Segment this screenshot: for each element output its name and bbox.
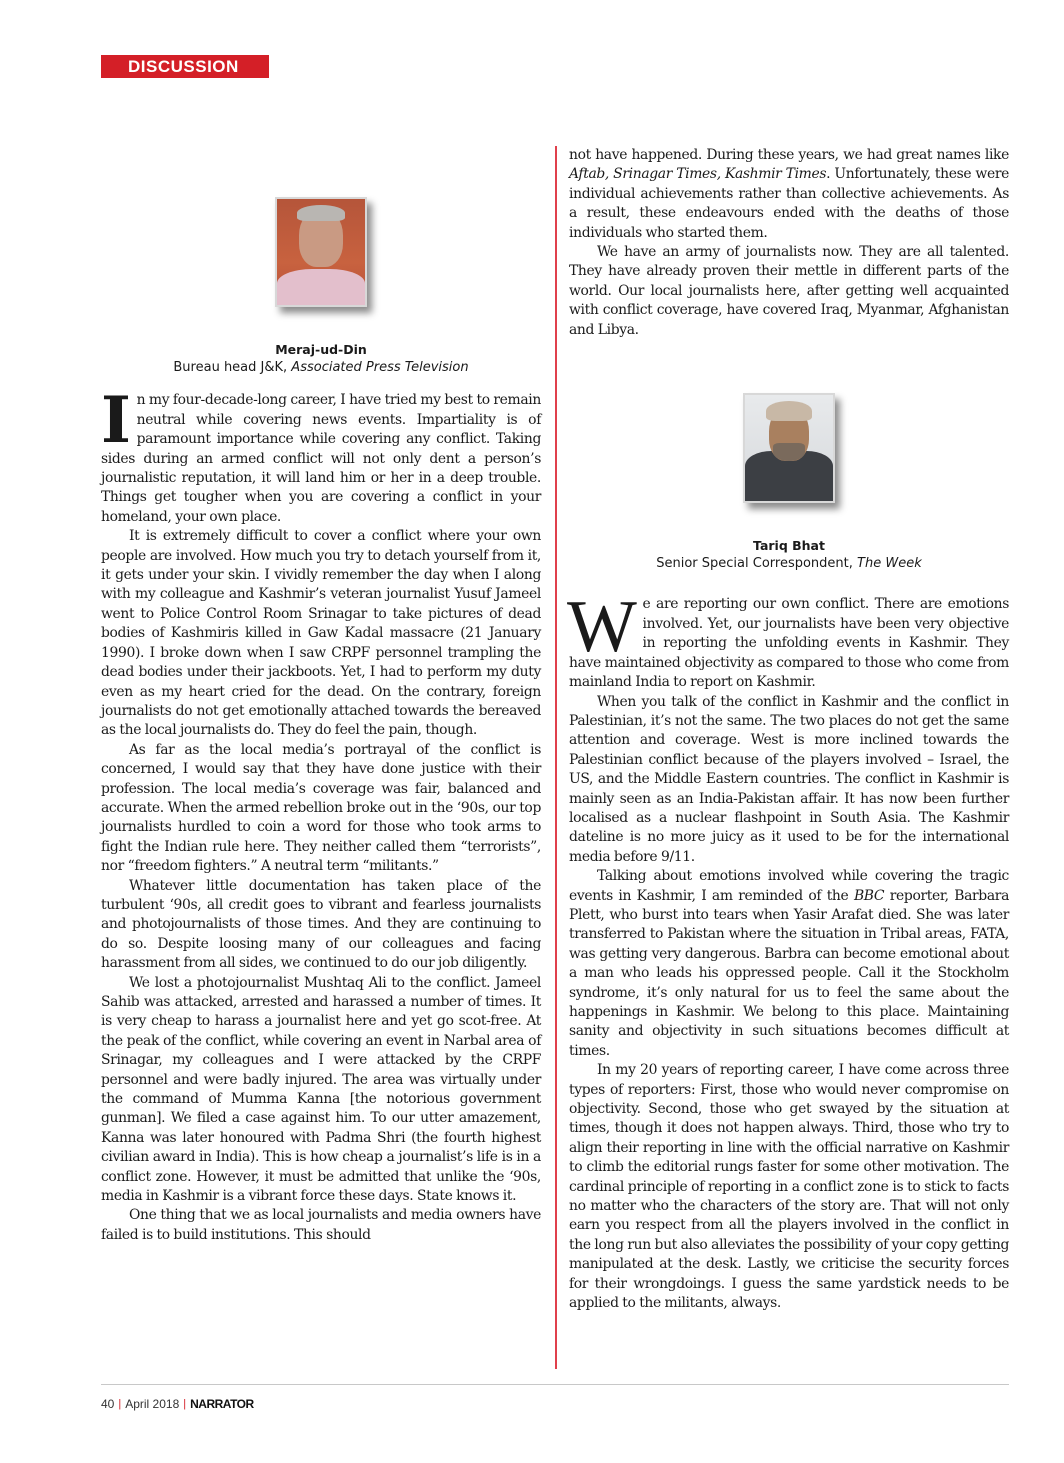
article2-paragraph: When you talk of the conflict in Kashmir… — [569, 693, 1009, 868]
author-photo-frame — [275, 197, 367, 307]
article1-paragraph: Whatever little documentation has taken … — [101, 877, 541, 974]
article1-paragraph: We lost a photojournalist Mushtaq Ali to… — [101, 974, 541, 1207]
article1-paragraph: In my four-decade-long career, I have tr… — [101, 391, 541, 527]
profile-meraj-ud-din: Meraj-ud-Din Bureau head J&K, Associated… — [101, 197, 541, 377]
article1-paragraph: It is extremely difficult to cover a con… — [101, 527, 541, 740]
author-photo — [277, 199, 365, 305]
author-photo — [745, 395, 833, 501]
article1-paragraph: One thing that we as local journalists a… — [101, 1206, 541, 1245]
brand-logo: NARRATOR — [190, 1397, 254, 1411]
column-divider — [555, 146, 557, 1369]
page-number: 40 — [101, 1397, 114, 1411]
right-column: not have happened. During these years, w… — [569, 146, 1009, 1314]
article1-paragraph: We have an army of journalists now. They… — [569, 243, 1009, 340]
bbc-name: BBC — [854, 888, 884, 904]
publication-names: Aftab, Srinagar Times, Kashmir Times — [569, 166, 826, 182]
article2-paragraph: In my 20 years of reporting career, I ha… — [569, 1061, 1009, 1313]
article2-paragraph: We are reporting our own conflict. There… — [569, 595, 1009, 692]
author-photo-frame — [743, 393, 835, 503]
profile-tariq-bhat: Tariq Bhat Senior Special Correspondent,… — [569, 393, 1009, 573]
article1-paragraph-continued: not have happened. During these years, w… — [569, 146, 1009, 243]
author-name: Meraj-ud-Din — [101, 341, 541, 359]
issue-date: April 2018 — [125, 1397, 179, 1411]
article1-paragraph: As far as the local media’s portrayal of… — [101, 741, 541, 877]
footer-separator: | — [118, 1398, 121, 1410]
author-organization: The Week — [857, 556, 922, 571]
page-footer: 40 | April 2018 | NARRATOR — [101, 1397, 254, 1411]
drop-cap: W — [567, 599, 637, 655]
article2-paragraph: Talking about emotions involved while co… — [569, 867, 1009, 1061]
author-name: Tariq Bhat — [569, 537, 1009, 555]
footer-separator: | — [183, 1398, 186, 1410]
drop-cap: I — [101, 395, 131, 447]
author-organization: Associated Press Television — [291, 360, 468, 375]
section-tag: DISCUSSION — [101, 55, 269, 78]
left-column: Meraj-ud-Din Bureau head J&K, Associated… — [101, 140, 541, 1245]
footer-rule — [101, 1384, 1009, 1385]
author-role: Bureau head J&K, Associated Press Televi… — [101, 359, 541, 377]
author-role: Senior Special Correspondent, The Week — [569, 555, 1009, 573]
